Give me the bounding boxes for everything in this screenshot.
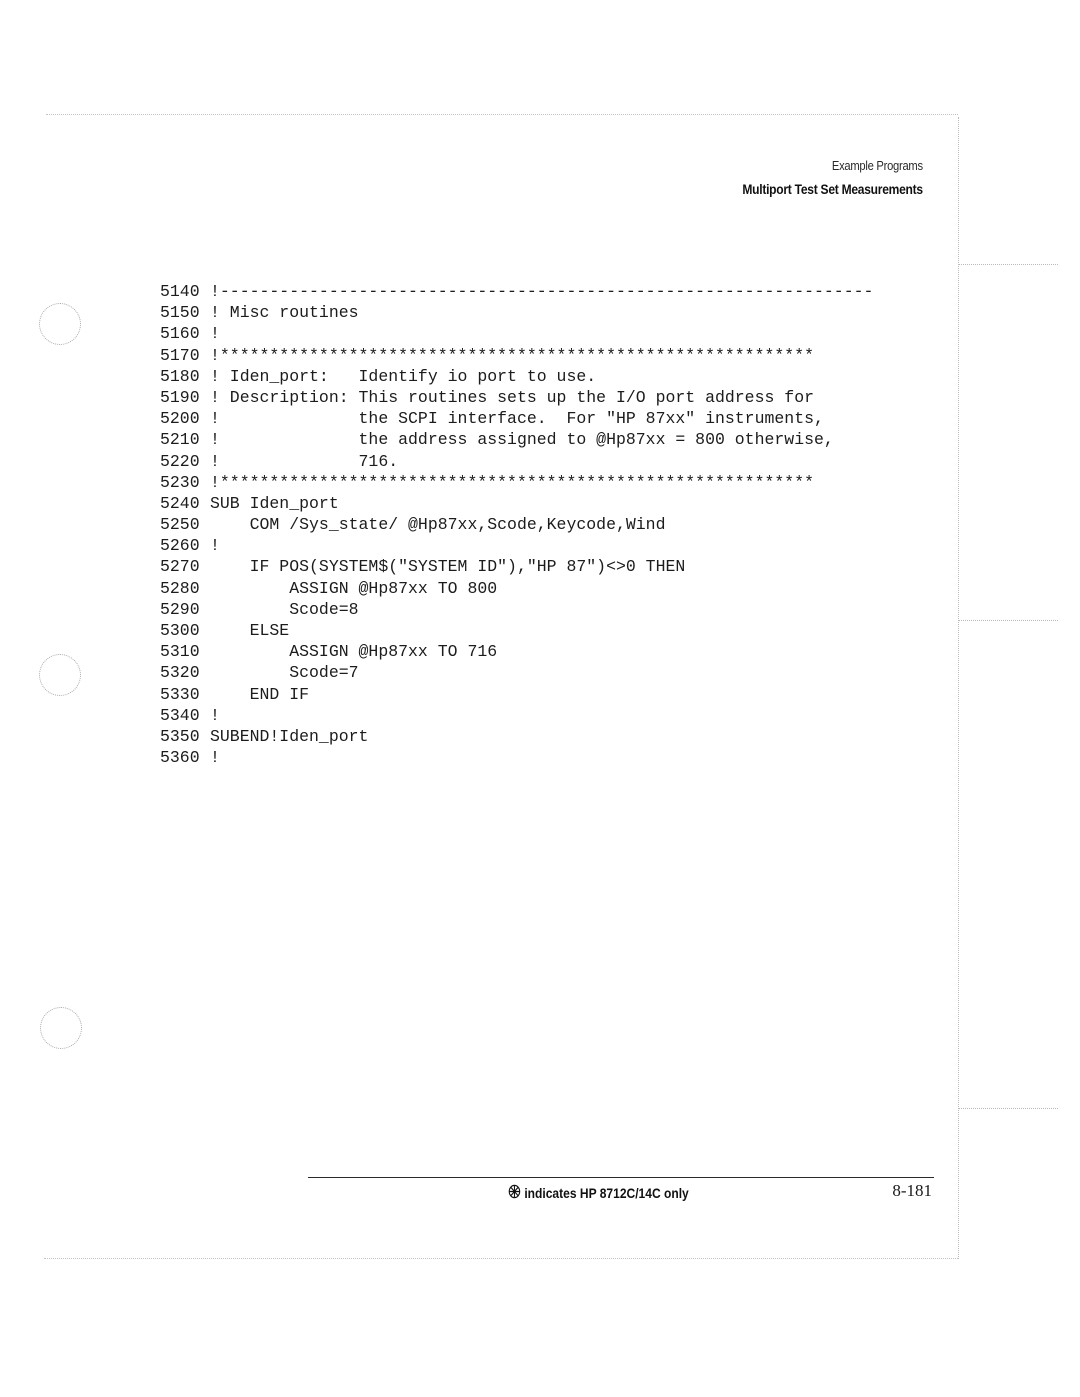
code-line: 5270 IF POS(SYSTEM$("SYSTEM ID"),"HP 87"…	[160, 556, 873, 577]
line-number: 5230	[160, 472, 210, 493]
line-code: COM /Sys_state/ @Hp87xx,Scode,Keycode,Wi…	[210, 515, 665, 534]
code-line: 5280 ASSIGN @Hp87xx TO 800	[160, 578, 873, 599]
scan-tab-mark	[958, 264, 1058, 265]
scan-edge-bottom	[44, 1258, 958, 1259]
scan-edge-top	[46, 114, 958, 115]
line-number: 5240	[160, 493, 210, 514]
code-line: 5340!	[160, 705, 873, 726]
line-number: 5150	[160, 302, 210, 323]
code-line: 5150! Misc routines	[160, 302, 873, 323]
line-number: 5310	[160, 641, 210, 662]
scan-tab-mark	[958, 620, 1058, 621]
scan-edge-right	[958, 117, 959, 1259]
code-line: 5220! 716.	[160, 451, 873, 472]
code-line: 5300 ELSE	[160, 620, 873, 641]
line-code: ! the SCPI interface. For "HP 87xx" inst…	[210, 409, 824, 428]
code-line: 5170!***********************************…	[160, 345, 873, 366]
line-code: !	[210, 324, 220, 343]
line-code: SUB Iden_port	[210, 494, 339, 513]
line-number: 5350	[160, 726, 210, 747]
code-line: 5190! Description: This routines sets up…	[160, 387, 873, 408]
code-line: 5230!***********************************…	[160, 472, 873, 493]
punch-hole-middle	[39, 654, 81, 696]
code-line: 5360!	[160, 747, 873, 768]
line-number: 5180	[160, 366, 210, 387]
line-code: ELSE	[210, 621, 289, 640]
header-chapter-title: Multiport Test Set Measurements	[743, 179, 923, 199]
footer-rule	[308, 1177, 934, 1178]
line-number: 5340	[160, 705, 210, 726]
code-line: 5350SUBEND!Iden_port	[160, 726, 873, 747]
punch-hole-bottom	[40, 1007, 82, 1049]
line-number: 5300	[160, 620, 210, 641]
line-number: 5330	[160, 684, 210, 705]
line-code: ! Description: This routines sets up the…	[210, 388, 814, 407]
line-number: 5250	[160, 514, 210, 535]
line-number: 5210	[160, 429, 210, 450]
line-number: 5160	[160, 323, 210, 344]
line-number: 5190	[160, 387, 210, 408]
code-line: 5310 ASSIGN @Hp87xx TO 716	[160, 641, 873, 662]
line-code: ! the address assigned to @Hp87xx = 800 …	[210, 430, 834, 449]
line-number: 5360	[160, 747, 210, 768]
line-code: ASSIGN @Hp87xx TO 800	[210, 579, 497, 598]
wheel-symbol-icon	[508, 1184, 521, 1202]
line-code: ASSIGN @Hp87xx TO 716	[210, 642, 497, 661]
line-number: 5170	[160, 345, 210, 366]
code-line: 5200! the SCPI interface. For "HP 87xx" …	[160, 408, 873, 429]
line-number: 5220	[160, 451, 210, 472]
code-line: 5290 Scode=8	[160, 599, 873, 620]
line-code: Scode=8	[210, 600, 359, 619]
code-line: 5330 END IF	[160, 684, 873, 705]
line-code: END IF	[210, 685, 309, 704]
code-line: 5210! the address assigned to @Hp87xx = …	[160, 429, 873, 450]
line-number: 5290	[160, 599, 210, 620]
line-number: 5140	[160, 281, 210, 302]
footer-note-text: indicates HP 8712C/14C only	[524, 1185, 688, 1201]
line-number: 5320	[160, 662, 210, 683]
line-number: 5260	[160, 535, 210, 556]
code-listing: 5140!-----------------------------------…	[160, 281, 873, 768]
code-line: 5320 Scode=7	[160, 662, 873, 683]
line-code: !***************************************…	[210, 473, 814, 492]
punch-hole-top	[39, 303, 81, 345]
line-code: ! Misc routines	[210, 303, 359, 322]
running-header: Example Programs Multiport Test Set Meas…	[713, 156, 923, 199]
line-code: ! 716.	[210, 452, 398, 471]
code-line: 5180! Iden_port: Identify io port to use…	[160, 366, 873, 387]
line-code: !	[210, 706, 220, 725]
line-code: Scode=7	[210, 663, 359, 682]
line-number: 5200	[160, 408, 210, 429]
code-line: 5240SUB Iden_port	[160, 493, 873, 514]
code-line: 5140!-----------------------------------…	[160, 281, 873, 302]
line-code: IF POS(SYSTEM$("SYSTEM ID"),"HP 87")<>0 …	[210, 557, 685, 576]
line-code: SUBEND!Iden_port	[210, 727, 368, 746]
footer-note: indicates HP 8712C/14C only	[508, 1184, 689, 1202]
code-line: 5260!	[160, 535, 873, 556]
code-line: 5160!	[160, 323, 873, 344]
page-number: 8-181	[892, 1181, 932, 1201]
line-code: !***************************************…	[210, 346, 814, 365]
line-number: 5280	[160, 578, 210, 599]
line-code: !	[210, 748, 220, 767]
line-code: ! Iden_port: Identify io port to use.	[210, 367, 596, 386]
line-number: 5270	[160, 556, 210, 577]
header-section-title: Example Programs	[743, 156, 923, 176]
code-line: 5250 COM /Sys_state/ @Hp87xx,Scode,Keyco…	[160, 514, 873, 535]
line-code: !	[210, 536, 220, 555]
line-code: !---------------------------------------…	[210, 282, 873, 301]
scan-tab-mark	[958, 1108, 1058, 1109]
